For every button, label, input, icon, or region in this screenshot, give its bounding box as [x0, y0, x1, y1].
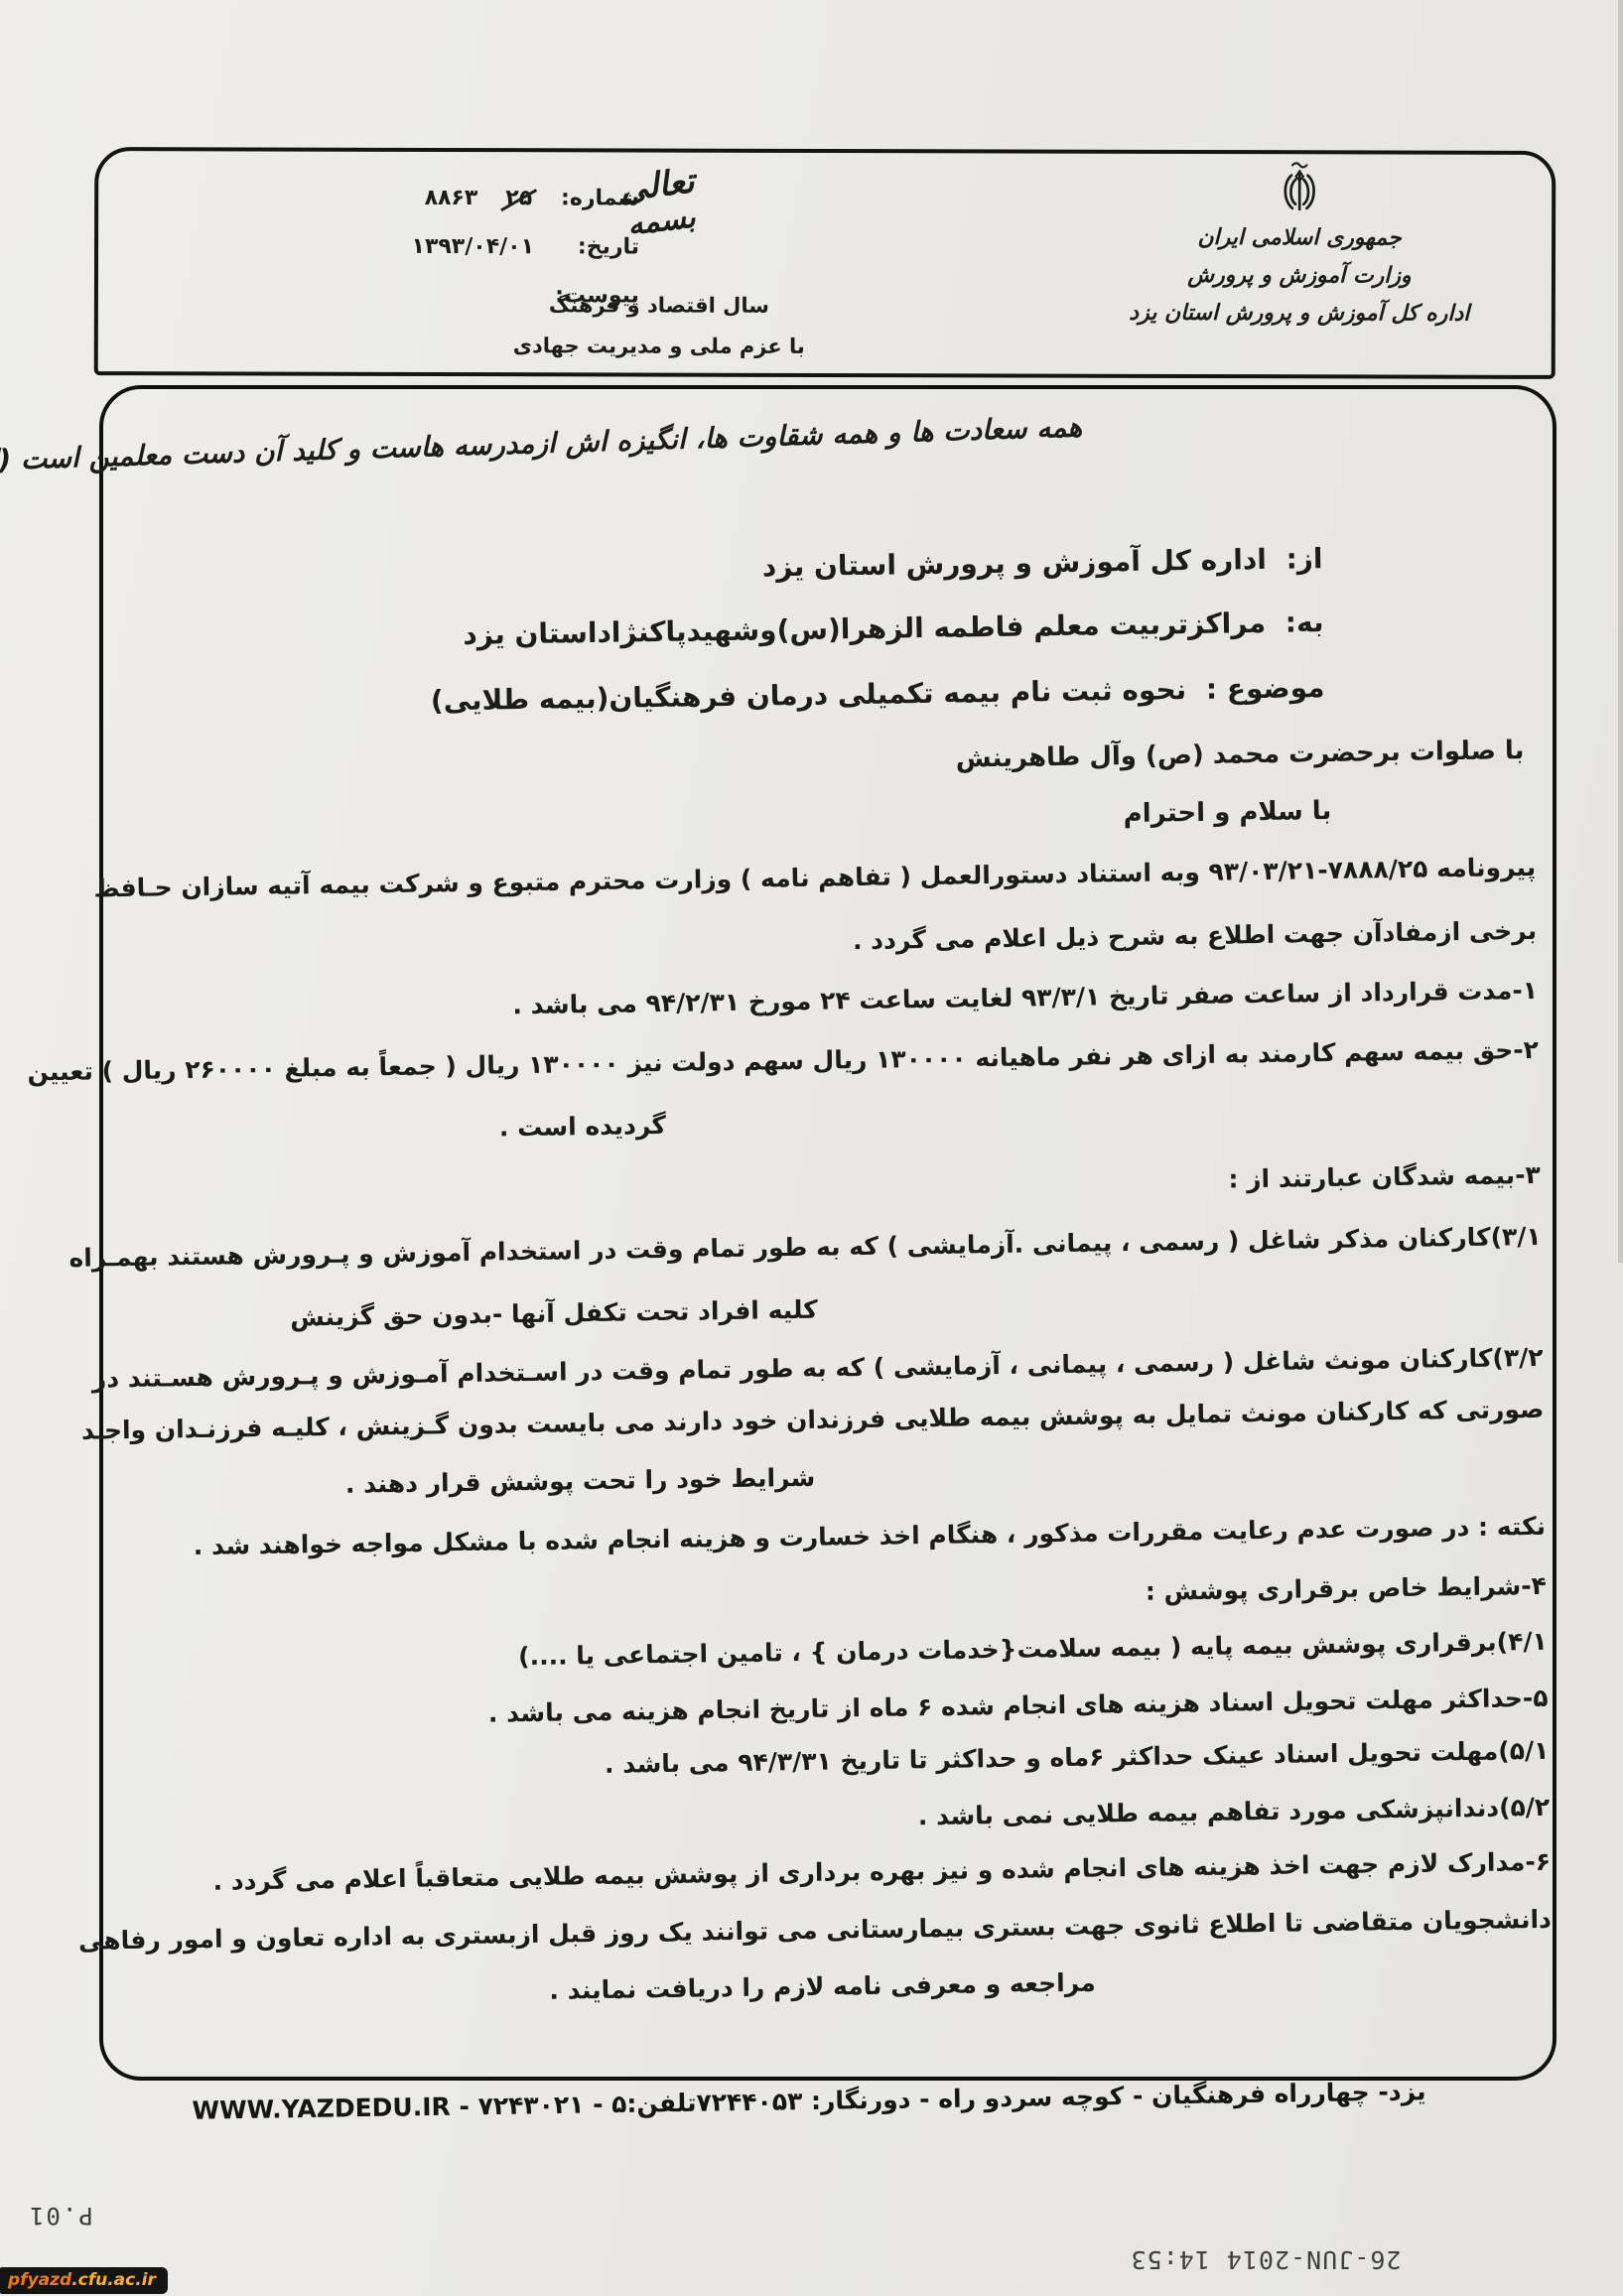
- number-value: ۸۸۶۳: [425, 186, 478, 210]
- from-value: اداره کل آموزش و پرورش استان یزد: [762, 543, 1267, 584]
- body-line: برخی ازمفادآن جهت اطلاع به شرح ذیل اعلام…: [853, 916, 1538, 955]
- date-value: ۱۳۹۳/۰۴/۰۱: [412, 234, 535, 259]
- body-line: نکته : در صورت عدم رعایت مقررات مذکور ، …: [194, 1512, 1547, 1560]
- body-line: گردیده است .: [499, 1111, 666, 1142]
- fax-page-number-stamp: P.01: [28, 2202, 93, 2229]
- letter-content: همه سعادت ها و همه شقاوت ها، انگیزه اش ا…: [125, 388, 1554, 2096]
- org-line-country: جمهوری اسلامی ایران: [1066, 219, 1533, 258]
- body-line: ۱-مدت قرارداد از ساعت صفر تاریخ ۹۳/۳/۱ ل…: [512, 976, 1538, 1019]
- body-line: ۴/۱)برقراری پوشش بیمه پایه ( بیمه سلامت{…: [518, 1627, 1548, 1671]
- watermark-domain: .cfu.ac.ir: [71, 2270, 156, 2290]
- from-row: از: اداره کل آموزش و پرورش استان یزد: [762, 542, 1323, 583]
- year-slogan-line1: سال اقتصاد و فرهنگ: [426, 285, 892, 327]
- fax-timestamp-stamp: 26-JUN-2014 14:53: [1067, 2245, 1464, 2274]
- bismillah-calligraphy: تعالی بسمه: [537, 153, 782, 254]
- year-slogan: سال اقتصاد و فرهنگ با عزم ملی و مدیریت ج…: [426, 285, 892, 367]
- number-handwritten: ۲۵: [503, 186, 534, 210]
- body-line: شرایط خود را تحت پوشش قرار دهند .: [345, 1463, 816, 1499]
- letterhead-box: شماره: ۲۵ ۸۸۶۳ تاریخ: ۱۳۹۳/۰۴/۰۱ پیوست: …: [94, 147, 1556, 379]
- body-line: ۳/۲)کارکنان مونث شاغل ( رسمی ، پیمانی ، …: [92, 1343, 1544, 1394]
- body-line: ۲-حق بیمه سهم کارمند به ازای هر نفر ماهی…: [27, 1035, 1539, 1087]
- issuing-organization: جمهوری اسلامی ایران وزارت آموزش و پرورش …: [1066, 160, 1533, 334]
- subject-row: موضوع : نحوه ثبت نام بیمه تکمیلی درمان ف…: [431, 671, 1325, 717]
- body-line: پیرونامه ۷۸۸۸/۲۵-۹۳/۰۳/۲۱ وبه استناد دست…: [93, 853, 1536, 903]
- from-label: از:: [1285, 542, 1322, 576]
- year-slogan-line2: با عزم ملی و مدیریت جهادی: [426, 326, 892, 367]
- body-line: کلیه افراد تحت تکفل آنها -بدون حق گزینش: [290, 1295, 818, 1332]
- body-line: مراجعه و معرفی نامه لازم را دریافت نماین…: [549, 1968, 1096, 2005]
- subject-label: موضوع :: [1206, 671, 1325, 706]
- to-label: به:: [1285, 606, 1324, 639]
- body-line: ۵/۲)دندانپزشکی مورد تفاهم بیمه طلایی نمی…: [918, 1793, 1551, 1830]
- iran-coat-of-arms-icon: [1278, 162, 1321, 219]
- to-row: به: مراکزتربیت معلم فاطمه الزهرا(س)وشهید…: [463, 606, 1324, 651]
- body-line: ۳/۱)کارکنان مذکر شاغل ( رسمی ، پیمانی .آ…: [68, 1222, 1542, 1273]
- body-line: صورتی که کارکنان مونث تمایل به پوشش بیمه…: [81, 1395, 1545, 1445]
- body-line: ۵-حداکثر مهلت تحویل اسناد هزینه های انجا…: [488, 1684, 1549, 1728]
- to-value: مراکزتربیت معلم فاطمه الزهرا(س)وشهیدپاکن…: [463, 607, 1266, 651]
- watermark-prefix: pfyazd: [8, 2270, 71, 2290]
- site-watermark: pfyazd.cfu.ac.ir: [0, 2267, 168, 2294]
- salawat-line: با صلوات برحضرت محمد (ص) وآل طاهرینش: [955, 736, 1524, 773]
- org-line-ministry: وزارت آموزش و پرورش: [1066, 256, 1533, 295]
- body-line: ۳-بیمه شدگان عبارتند از :: [1228, 1160, 1541, 1194]
- org-line-department: اداره کل آموزش و پرورش استان یزد: [1066, 294, 1533, 333]
- subject-value: نحوه ثبت نام بیمه تکمیلی درمان فرهنگیان(…: [431, 673, 1187, 717]
- body-line: ۴-شرایط خاص برقراری پوشش :: [1146, 1571, 1547, 1606]
- scanned-letter-page: شماره: ۲۵ ۸۸۶۳ تاریخ: ۱۳۹۳/۰۴/۰۱ پیوست: …: [0, 0, 1623, 2296]
- greeting-line: با سلام و احترام: [1123, 796, 1331, 829]
- letter-body-box: همه سعادت ها و همه شقاوت ها، انگیزه اش ا…: [99, 385, 1556, 2081]
- imam-khomeini-quote: همه سعادت ها و همه شقاوت ها، انگیزه اش ا…: [0, 410, 1083, 482]
- body-line: ۵/۱)مهلت تحویل اسناد عینک حداکثر ۶ماه و …: [605, 1736, 1550, 1779]
- body-line: دانشجویان متقاضی تا اطلاع ثانوی جهت بستر…: [78, 1905, 1552, 1956]
- body-line: ۶-مدارک لازم جهت اخذ هزینه های انجام شده…: [212, 1847, 1551, 1896]
